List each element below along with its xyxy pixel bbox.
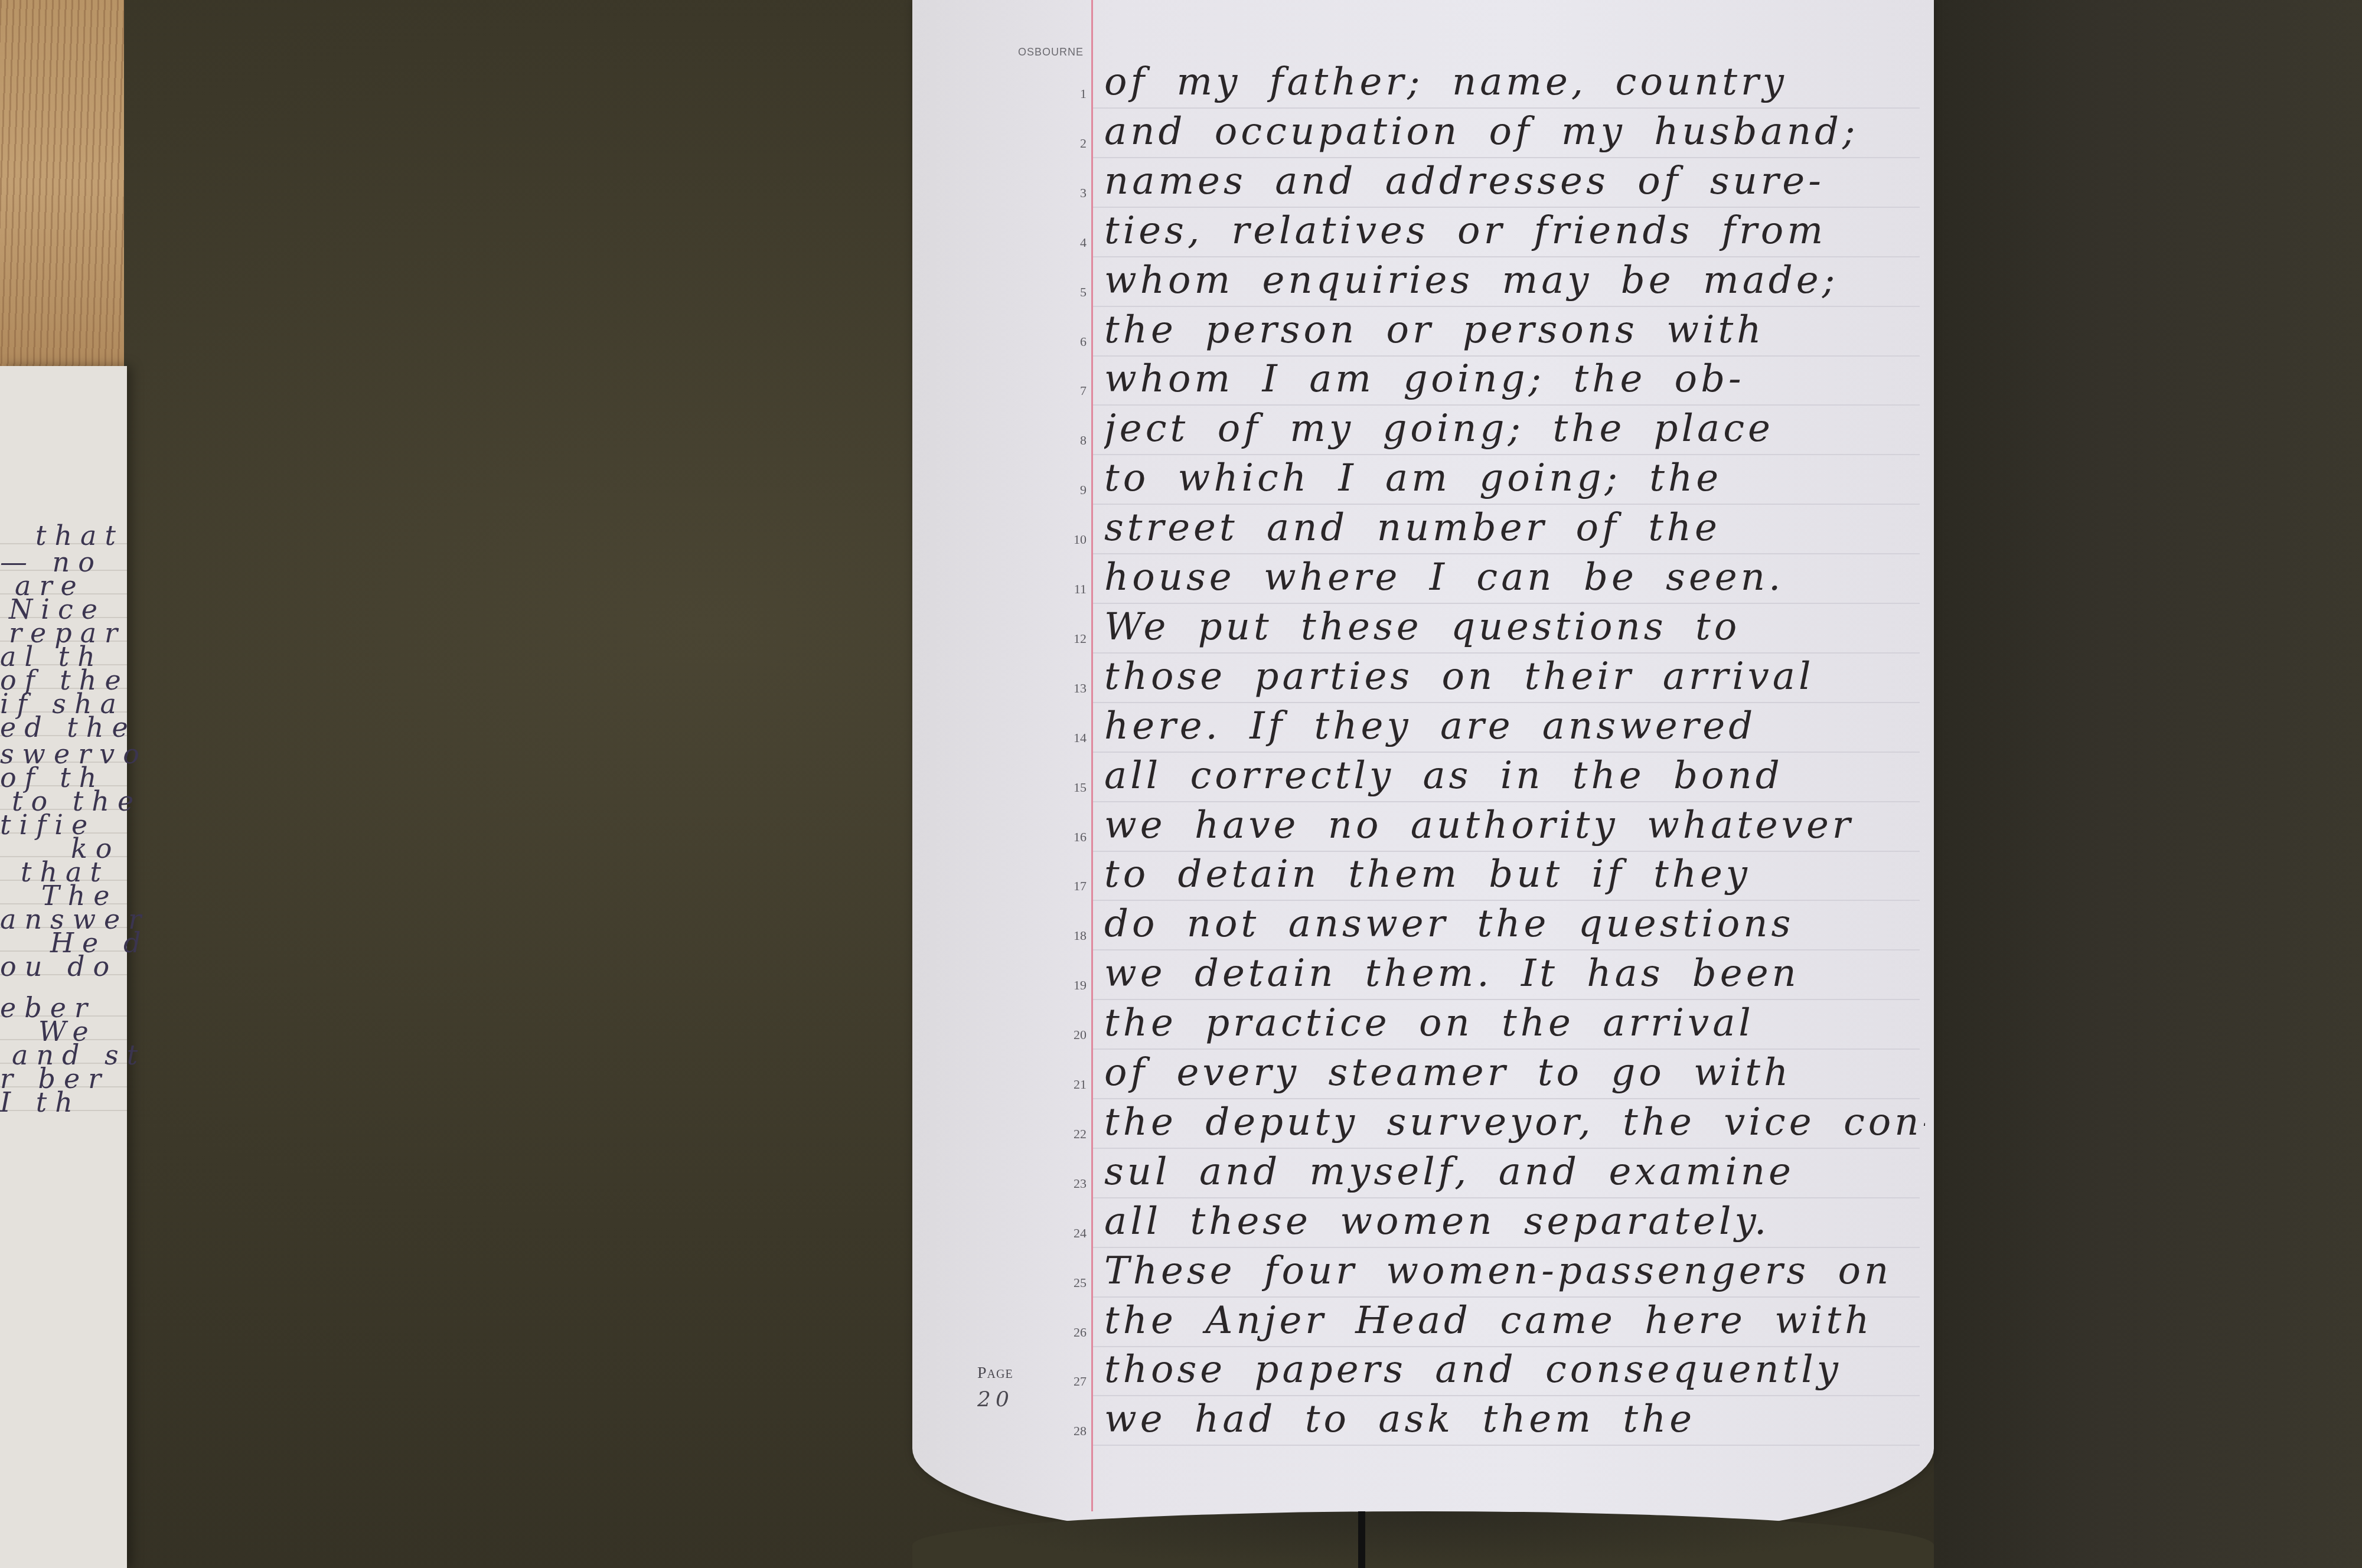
handwritten-line: those parties on their arrival <box>1104 655 1925 698</box>
gutter-line <box>1358 1511 1365 1568</box>
handwritten-line: of my father; name, country <box>1104 60 1925 104</box>
handwritten-line: here. If they are answered <box>1104 704 1925 748</box>
line-number: 13 <box>1057 681 1087 696</box>
ruled-line <box>1093 1148 1920 1149</box>
line-number: 26 <box>1057 1325 1087 1340</box>
line-number: 12 <box>1057 631 1087 646</box>
handwritten-line: to which I am going; the <box>1104 456 1925 500</box>
line-number: 25 <box>1057 1275 1087 1291</box>
line-number: 27 <box>1057 1374 1087 1389</box>
line-number: 3 <box>1057 185 1087 201</box>
line-number: 22 <box>1057 1126 1087 1142</box>
line-number: 21 <box>1057 1077 1087 1092</box>
handwritten-line: We put these questions to <box>1104 605 1925 649</box>
ruled-line <box>1093 1445 1920 1446</box>
page-label: Page <box>977 1364 1013 1383</box>
handwritten-line: we detain them. It has been <box>1104 952 1925 995</box>
handwritten-line: all correctly as in the bond <box>1104 754 1925 798</box>
line-number: 11 <box>1057 582 1087 597</box>
line-number: 4 <box>1057 235 1087 250</box>
handwritten-line: to detain them but if they <box>1104 852 1925 896</box>
handwritten-line: do not answer the questions <box>1104 902 1925 946</box>
left-page: that— noareNicereparal thof theif shaed … <box>0 366 127 1568</box>
line-number: 17 <box>1057 878 1087 894</box>
felt-background-right <box>1934 0 2362 1568</box>
handwritten-line: These four women-passengers on <box>1104 1249 1925 1293</box>
ruled-line <box>1093 999 1920 1000</box>
ruled-line <box>1093 306 1920 307</box>
ruled-line <box>1093 702 1920 703</box>
line-number: 14 <box>1057 730 1087 746</box>
wood-table-surface <box>0 0 124 366</box>
ruled-line <box>1093 1346 1920 1347</box>
handwritten-line: the Anjer Head came here with <box>1104 1299 1925 1342</box>
line-number: 9 <box>1057 482 1087 498</box>
margin-rule <box>1091 0 1093 1511</box>
ruled-line <box>1093 1247 1920 1248</box>
line-number: 6 <box>1057 334 1087 349</box>
ruled-line <box>1093 1197 1920 1198</box>
ruled-line <box>1093 504 1920 505</box>
line-number: 24 <box>1057 1226 1087 1241</box>
handwritten-line: street and number of the <box>1104 506 1925 550</box>
left-page-fragment: ou do <box>0 950 118 982</box>
handwritten-line: ject of my going; the place <box>1104 407 1925 450</box>
handwritten-line: ties, relatives or friends from <box>1104 209 1925 253</box>
handwritten-line: sul and myself, and examine <box>1104 1150 1925 1194</box>
page-header-name: OSBOURNE <box>971 46 1084 58</box>
line-number: 1 <box>1057 86 1087 102</box>
line-number: 2 <box>1057 136 1087 151</box>
line-number: 19 <box>1057 978 1087 993</box>
ruled-line <box>1093 652 1920 654</box>
ruled-line <box>1093 949 1920 950</box>
handwritten-line: house where I can be seen. <box>1104 556 1925 599</box>
handwritten-line: the deputy surveyor, the vice con- <box>1104 1100 1925 1144</box>
line-number: 8 <box>1057 433 1087 448</box>
ruled-line <box>1093 752 1920 753</box>
handwritten-line: the person or persons with <box>1104 308 1925 352</box>
ruled-line <box>1093 207 1920 208</box>
line-number: 10 <box>1057 532 1087 547</box>
handwritten-line: we had to ask them the <box>1104 1397 1925 1441</box>
line-number: 7 <box>1057 383 1087 398</box>
handwritten-line: whom I am going; the ob- <box>1104 357 1925 401</box>
ruled-line <box>1093 801 1920 802</box>
line-number: 28 <box>1057 1423 1087 1439</box>
ruled-line <box>1093 256 1920 257</box>
ruled-line <box>1093 553 1920 554</box>
page-number: 20 <box>977 1387 1014 1412</box>
line-number: 15 <box>1057 780 1087 795</box>
ruled-line <box>1093 1098 1920 1099</box>
ruled-line <box>1093 404 1920 406</box>
line-number: 20 <box>1057 1027 1087 1043</box>
ruled-line <box>1093 1296 1920 1298</box>
line-number: 16 <box>1057 829 1087 845</box>
handwritten-line: names and addresses of sure- <box>1104 159 1925 203</box>
handwritten-line: and occupation of my husband; <box>1104 110 1925 153</box>
ruled-line <box>1093 157 1920 158</box>
left-page-fragment: I th <box>0 1086 81 1118</box>
ruled-line <box>1093 603 1920 604</box>
ruled-line <box>1093 355 1920 357</box>
ruled-line <box>1093 1395 1920 1396</box>
line-number: 23 <box>1057 1176 1087 1191</box>
handwritten-line: we have no authority whatever <box>1104 803 1925 847</box>
handwritten-line: whom enquiries may be made; <box>1104 259 1925 302</box>
handwritten-line: those papers and consequently <box>1104 1348 1925 1391</box>
handwritten-line: of every steamer to go with <box>1104 1051 1925 1095</box>
ruled-line <box>1093 1048 1920 1050</box>
ruled-line <box>1093 900 1920 901</box>
handwritten-line: the practice on the arrival <box>1104 1001 1925 1045</box>
line-number: 18 <box>1057 928 1087 943</box>
ruled-line <box>1093 107 1920 109</box>
line-number: 5 <box>1057 285 1087 300</box>
handwritten-line: all these women separately. <box>1104 1200 1925 1243</box>
ruled-line <box>1093 454 1920 455</box>
ruled-line <box>1093 851 1920 852</box>
